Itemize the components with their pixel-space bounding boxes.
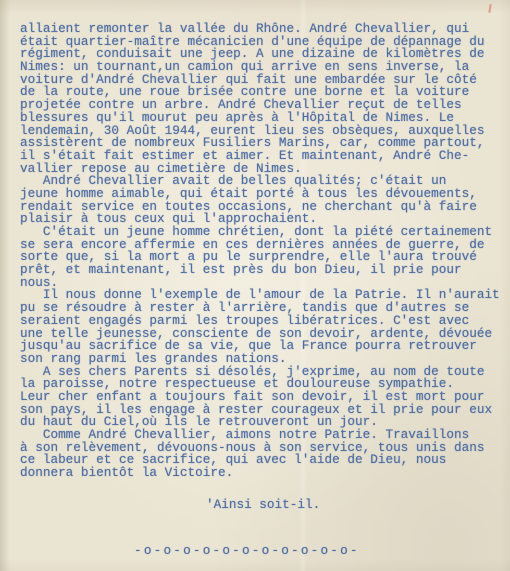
closing-line: 'Ainsi soit-il. [20,499,505,512]
ornament-divider: -o-o-o-o-o-o-o-o-o-o-o- [20,545,505,558]
letter-body: allaient remonter la vallée du Rhône. An… [20,23,505,558]
text-line: donnera bientôt la Victoire. [20,467,505,480]
text-line: prêt, et maintenant, il est près du bon … [20,264,505,277]
document-page: allaient remonter la vallée du Rhône. An… [0,0,510,571]
red-pencil-mark [488,4,491,13]
